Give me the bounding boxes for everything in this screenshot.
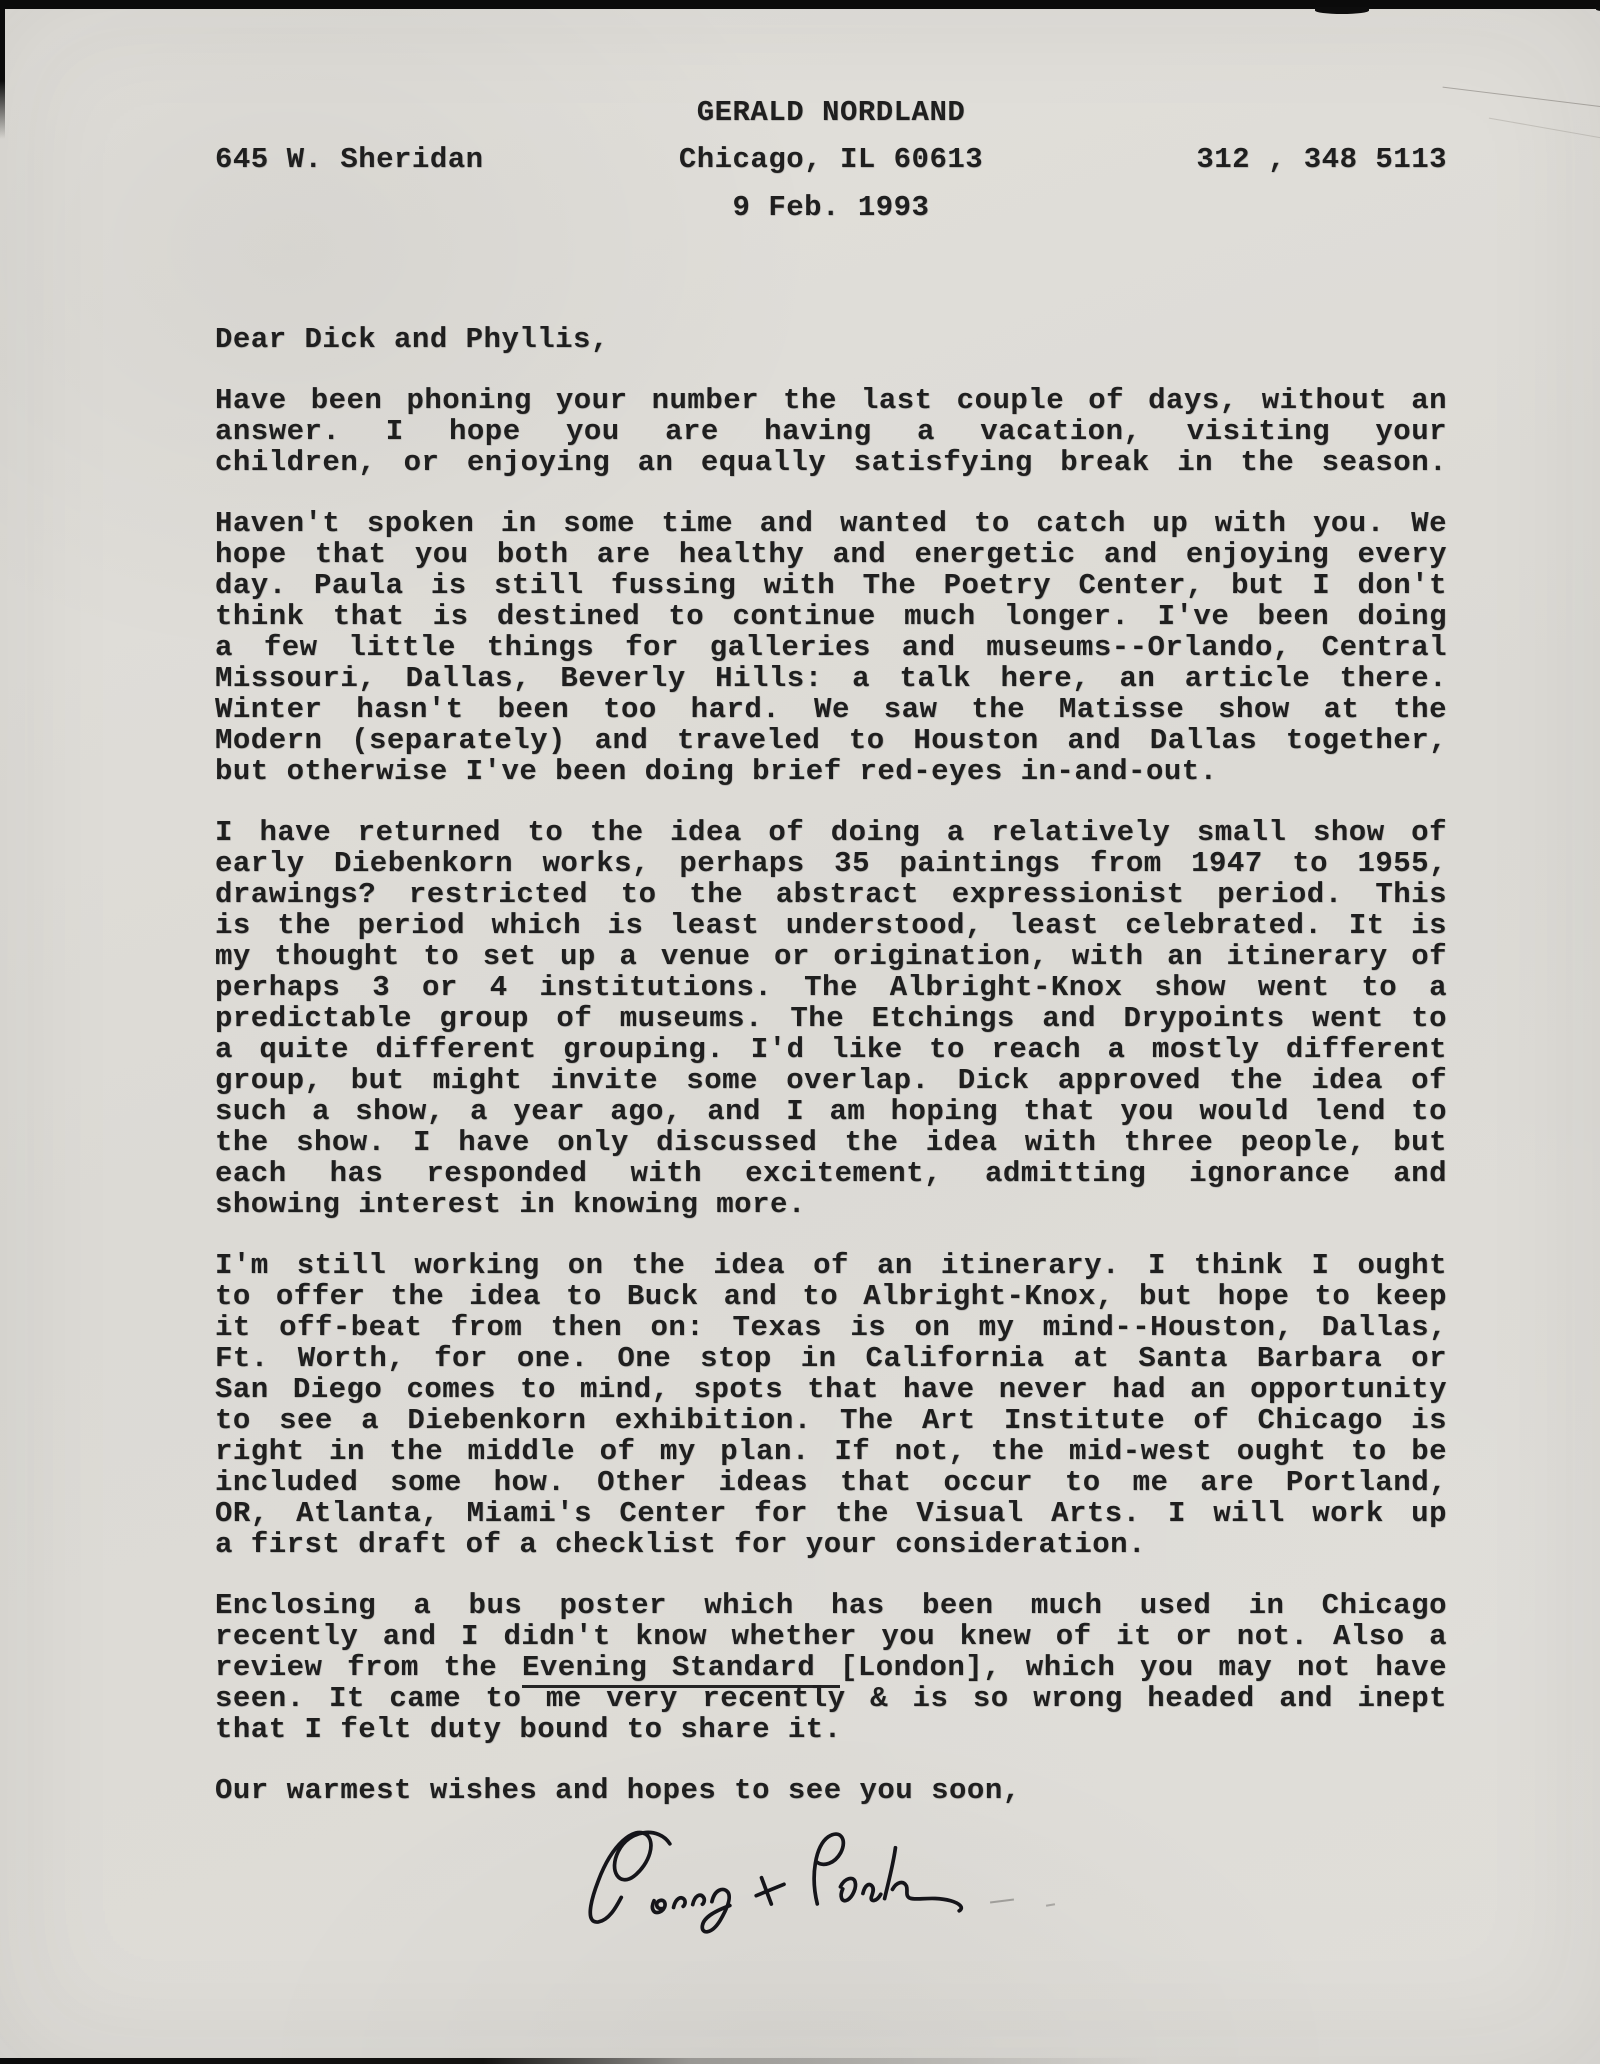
- paragraph: Have been phoning your number the last c…: [215, 385, 1447, 478]
- letter-line: but otherwise I've been doing brief red-…: [215, 756, 1447, 787]
- letter-line: each has responded with excitement, admi…: [215, 1158, 1447, 1189]
- letterhead-phone: 312 , 348 5113: [983, 143, 1447, 177]
- letter-date: 9 Feb. 1993: [215, 191, 1447, 225]
- letter-line: that I felt duty bound to share it.: [215, 1714, 1447, 1745]
- letter-line: Missouri, Dallas, Beverly Hills: a talk …: [215, 663, 1447, 694]
- scan-edge-bottom: [0, 2058, 1150, 2064]
- letterhead-address-row: 645 W. Sheridan Chicago, IL 60613 312 , …: [215, 143, 1447, 177]
- letter-line: hope that you both are healthy and energ…: [215, 539, 1447, 570]
- letter-line: Modern (separately) and traveled to Hous…: [215, 725, 1447, 756]
- letter-line: think that is destined to continue much …: [215, 601, 1447, 632]
- letterhead-name: GERALD NORDLAND: [215, 96, 1447, 130]
- signature: [543, 1807, 977, 1948]
- letter-line: Haven't spoken in some time and wanted t…: [215, 508, 1447, 539]
- signature-handwriting: [543, 1807, 977, 1948]
- letter-line: a first draft of a checklist for your co…: [215, 1529, 1447, 1560]
- scanned-letter: GERALD NORDLAND 645 W. Sheridan Chicago,…: [0, 0, 1600, 2064]
- letterhead-street: 645 W. Sheridan: [215, 143, 679, 177]
- paragraph: Enclosing a bus poster which has been mu…: [215, 1590, 1447, 1745]
- letter-line: I'm still working on the idea of an itin…: [215, 1250, 1447, 1281]
- paragraph: Haven't spoken in some time and wanted t…: [215, 508, 1447, 787]
- letter-line: showing interest in knowing more.: [215, 1189, 1447, 1220]
- letter-line: the show. I have only discussed the idea…: [215, 1127, 1447, 1158]
- closing-line: Our warmest wishes and hopes to see you …: [215, 1775, 1447, 1806]
- paper-crease: [1443, 87, 1600, 109]
- letter-line: children, or enjoying an equally satisfy…: [215, 447, 1447, 478]
- letter-body: Dear Dick and Phyllis, Have been phoning…: [215, 324, 1447, 1940]
- letter-line: OR, Atlanta, Miami's Center for the Visu…: [215, 1498, 1447, 1529]
- letter-line: it off-beat from then on: Texas is on my…: [215, 1312, 1447, 1343]
- letter-line: perhaps 3 or 4 institutions. The Albrigh…: [215, 972, 1447, 1003]
- salutation: Dear Dick and Phyllis,: [215, 324, 1447, 355]
- letter-line: early Diebenkorn works, perhaps 35 paint…: [215, 848, 1447, 879]
- letter-line: I have returned to the idea of doing a r…: [215, 817, 1447, 848]
- letter-line: review from the Evening Standard [London…: [215, 1652, 1447, 1683]
- letter-line: right in the middle of my plan. If not, …: [215, 1436, 1447, 1467]
- letter-line: is the period which is least understood,…: [215, 910, 1447, 941]
- letter-line: Enclosing a bus poster which has been mu…: [215, 1590, 1447, 1621]
- letter-line: drawings? restricted to the abstract exp…: [215, 879, 1447, 910]
- letter-line: day. Paula is still fussing with The Poe…: [215, 570, 1447, 601]
- letterhead-city: Chicago, IL 60613: [679, 143, 983, 177]
- paragraph: I'm still working on the idea of an itin…: [215, 1250, 1447, 1560]
- letter-content: GERALD NORDLAND 645 W. Sheridan Chicago,…: [215, 96, 1447, 1940]
- letter-line: Have been phoning your number the last c…: [215, 385, 1447, 416]
- scan-edge-bumps: [1315, 7, 1369, 14]
- letter-line: group, but might invite some overlap. Di…: [215, 1065, 1447, 1096]
- letter-line: a quite different grouping. I'd like to …: [215, 1034, 1447, 1065]
- letter-line: Ft. Worth, for one. One stop in Californ…: [215, 1343, 1447, 1374]
- letter-line: such a show, a year ago, and I am hoping…: [215, 1096, 1447, 1127]
- letter-line: recently and I didn't know whether you k…: [215, 1621, 1447, 1652]
- letter-line: predictable group of museums. The Etchin…: [215, 1003, 1447, 1034]
- scan-edge-left: [0, 9, 5, 139]
- letter-line: San Diego comes to mind, spots that have…: [215, 1374, 1447, 1405]
- letter-line: Winter hasn't been too hard. We saw the …: [215, 694, 1447, 725]
- paper-crease: [1489, 118, 1600, 140]
- letter-line: seen. It came to me very recently & is s…: [215, 1683, 1447, 1714]
- letter-paragraphs: Have been phoning your number the last c…: [215, 385, 1447, 1745]
- letter-line: a few little things for galleries and mu…: [215, 632, 1447, 663]
- paragraph: I have returned to the idea of doing a r…: [215, 817, 1447, 1220]
- letter-line: included some how. Other ideas that occu…: [215, 1467, 1447, 1498]
- letter-line: to offer the idea to Buck and to Albrigh…: [215, 1281, 1447, 1312]
- letter-line: answer. I hope you are having a vacation…: [215, 416, 1447, 447]
- letter-line: my thought to set up a venue or originat…: [215, 941, 1447, 972]
- letter-line: to see a Diebenkorn exhibition. The Art …: [215, 1405, 1447, 1436]
